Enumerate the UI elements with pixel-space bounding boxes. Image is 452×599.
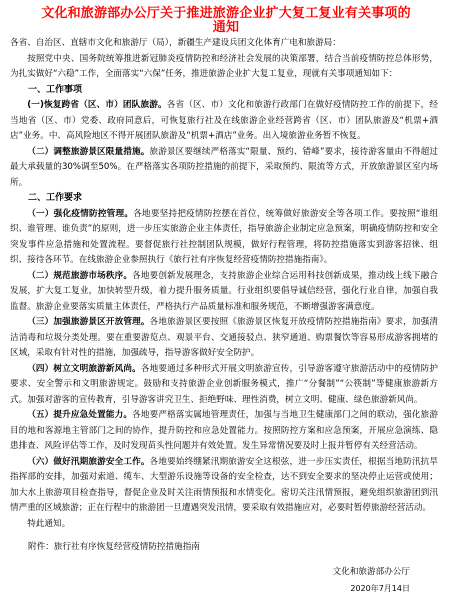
attachment-link[interactable]: 附件：旅行社有序恢复经营疫情防控措施指南 (28, 540, 200, 554)
paragraph-item: (一)恢复跨省（区、市）团队旅游。各省（区、市）文化和旅游行政部门在做好疫情防控… (10, 98, 438, 145)
closing-line: 特此通知。 (10, 517, 438, 533)
item-lead: （六）做好汛期旅游安全工作。 (27, 457, 149, 467)
paragraph-item: （二）规范旅游市场秩序。各地要创新发展理念，支持旅游企业综合运用科技创新成果，推… (10, 269, 438, 316)
document-title-line-2: 通知 (0, 21, 452, 35)
item-lead: （四）树立文明旅游新风尚。 (27, 364, 141, 374)
item-lead: （一）强化疫情防控管理。 (27, 209, 133, 219)
paragraph-item: （三）加强旅游景区开放管理。各地旅游景区要按照《旅游景区恢复开放疫情防控措施指南… (10, 315, 438, 362)
issue-date: 2020年7月14日 (350, 583, 410, 595)
intro-paragraph: 按照党中央、国务院统筹推进新冠肺炎疫情防控和经济社会发展的决策部署，结合当前疫情… (10, 52, 438, 83)
paragraph-item: （一）强化疫情防控管理。各地要坚持把疫情防控摆在首位，统筹做好旅游安全等各项工作… (10, 207, 438, 269)
document-title-line-1: 文化和旅游部办公厅关于推进旅游企业扩大复工复业有关事项的 (0, 7, 452, 21)
paragraph-item: （五）提升应急处置能力。各地要严格落实属地管理责任，加强与当地卫生健康部门之间的… (10, 408, 438, 455)
paragraph-item: （六）做好汛期旅游安全工作。各地要始终绷紧汛期旅游安全这根弦，进一步压实责任，根… (10, 455, 438, 517)
section-heading-requirements: 二、工作要求 (10, 191, 438, 207)
paragraph-item: （二）调整旅游景区限量措施。旅游景区要继续严格落实“限量、预约、错峰”要求，接待… (10, 145, 438, 192)
salutation: 各省、自治区、直辖市文化和旅游厅（局），新疆生产建设兵团文化体育广电和旅游局： (10, 36, 438, 52)
item-lead: （二）调整旅游景区限量措施。 (27, 147, 149, 157)
item-lead: （二）规范旅游市场秩序。 (27, 271, 132, 281)
item-lead: （五）提升应急处置能力。 (27, 410, 132, 420)
issuer-signature: 文化和旅游部办公厅 (333, 565, 410, 579)
item-lead: （三）加强旅游景区开放管理。 (27, 317, 149, 327)
section-heading-work-items: 一、工作事项 (10, 83, 438, 99)
document-body: 各省、自治区、直辖市文化和旅游厅（局），新疆生产建设兵团文化体育广电和旅游局： … (10, 36, 438, 532)
paragraph-item: （四）树立文明旅游新风尚。各地要通过多种形式开展文明旅游宣传，引导游客遵守旅游活… (10, 362, 438, 409)
item-lead: (一)恢复跨省（区、市）团队旅游。 (27, 100, 167, 110)
